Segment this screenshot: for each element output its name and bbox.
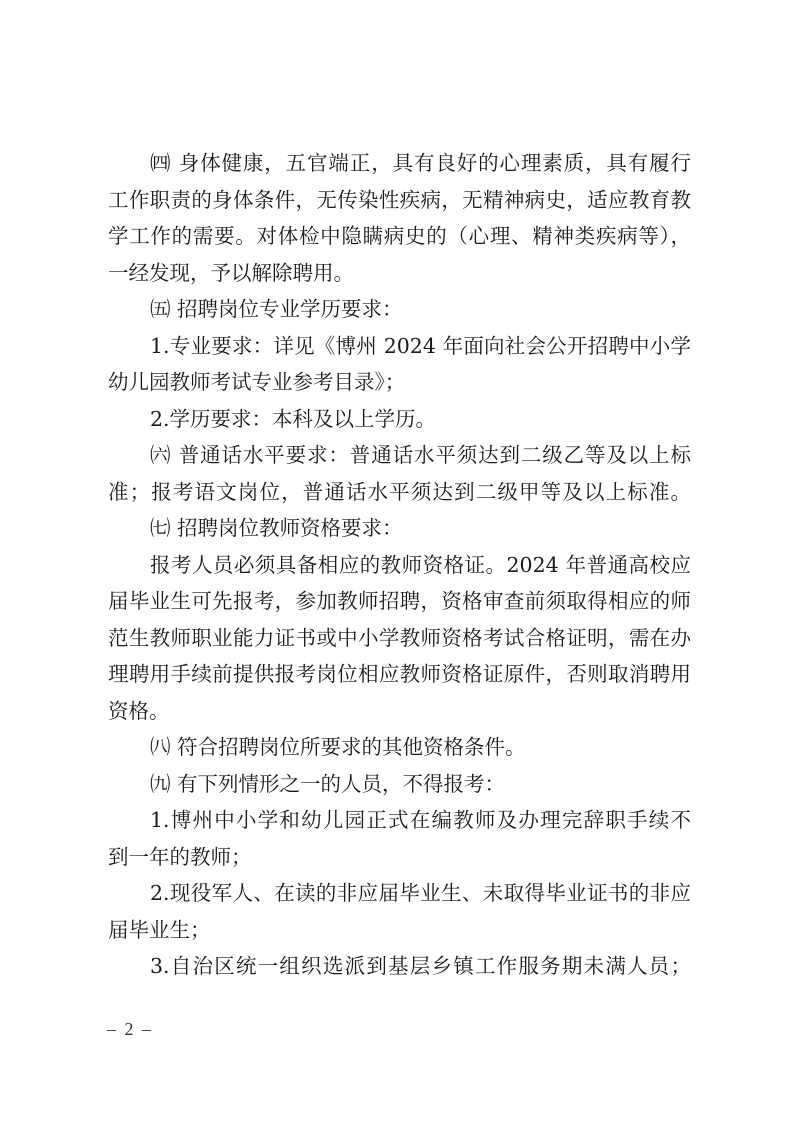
text-line: 2.现役军人、在读的非应届毕业生、未取得毕业证书的非应 [108, 875, 691, 912]
text-line: 届毕业生可先报考，参加教师招聘，资格审查前须取得相应的师 [108, 583, 691, 620]
text-line: 报考人员必须具备相应的教师资格证。2024 年普通高校应 [108, 547, 691, 584]
page-number: – 2 – [107, 1019, 153, 1040]
text-line: 2.学历要求：本科及以上学历。 [108, 401, 691, 438]
text-line: ㈥ 普通话水平要求：普通话水平须达到二级乙等及以上标 [108, 437, 691, 474]
text-line: 学工作的需要。对体检中隐瞒病史的（心理、精神类疾病等）， [108, 218, 691, 255]
text-line: 理聘用手续前提供报考岗位相应教师资格证原件，否则取消聘用 [108, 656, 691, 693]
section-heading: ㈤ 招聘岗位专业学历要求： [108, 291, 691, 328]
text-line: 工作职责的身体条件，无传染性疾病，无精神病史，适应教育教 [108, 182, 691, 219]
text-line: 届毕业生； [108, 912, 691, 949]
text-line: ㈣ 身体健康，五官端正，具有良好的心理素质，具有履行 [108, 145, 691, 182]
text-line: 到一年的教师； [108, 839, 691, 876]
section-heading: ㈦ 招聘岗位教师资格要求： [108, 510, 691, 547]
text-line: 一经发现，予以解除聘用。 [108, 255, 691, 292]
text-line: 资格。 [108, 693, 691, 730]
text-line: 准；报考语文岗位，普通话水平须达到二级甲等及以上标准。 [108, 474, 691, 511]
text-line: 3.自治区统一组织选派到基层乡镇工作服务期未满人员； [108, 948, 691, 985]
text-line: 幼儿园教师考试专业参考目录》； [108, 364, 691, 401]
text-line: 1.专业要求：详见《博州 2024 年面向社会公开招聘中小学 [108, 328, 691, 365]
document-body: ㈣ 身体健康，五官端正，具有良好的心理素质，具有履行 工作职责的身体条件，无传染… [108, 145, 691, 985]
section-heading: ㈨ 有下列情形之一的人员，不得报考： [108, 766, 691, 803]
text-line: 1.博州中小学和幼儿园正式在编教师及办理完辞职手续不 [108, 802, 691, 839]
text-line: 范生教师职业能力证书或中小学教师资格考试合格证明，需在办 [108, 620, 691, 657]
text-line: ㈧ 符合招聘岗位所要求的其他资格条件。 [108, 729, 691, 766]
document-page: ㈣ 身体健康，五官端正，具有良好的心理素质，具有履行 工作职责的身体条件，无传染… [0, 0, 793, 1122]
